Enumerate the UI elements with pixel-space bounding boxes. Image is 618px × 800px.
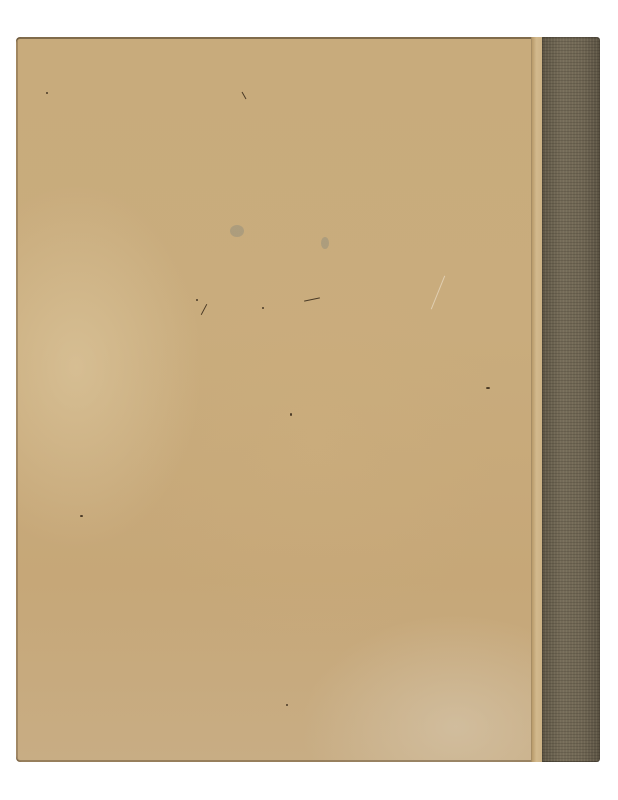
scratch-mark [304,297,320,301]
scratch-mark [201,304,208,315]
paper-board [16,37,542,762]
scratch-mark [431,276,445,310]
ink-spot [196,299,198,301]
ink-spot [486,387,490,389]
ink-spot [46,92,48,94]
ink-spot [262,307,264,309]
water-stain [230,225,244,237]
ink-spot [286,704,288,706]
cloth-spine [542,37,600,762]
book-back-cover [16,37,600,762]
ink-spot [80,515,83,517]
water-stain [321,237,329,249]
ink-spot [290,413,292,416]
scratch-mark [242,92,247,99]
